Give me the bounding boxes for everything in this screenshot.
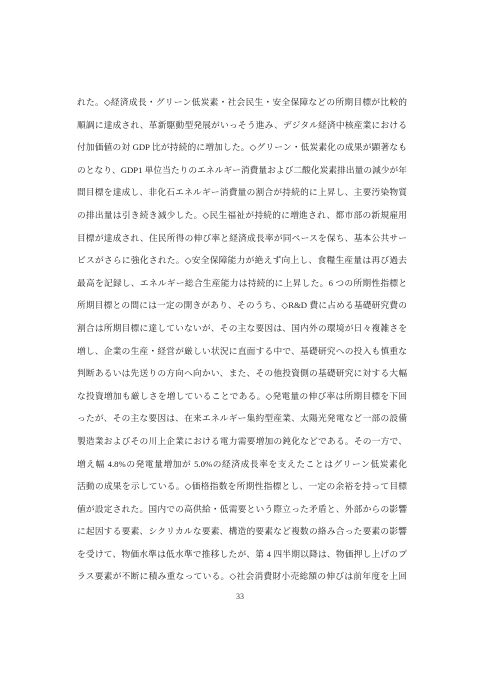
text-line: な投資増加も厳しさを増していることである。◇発電量の伸び率は所期目標を下回 [77,385,407,408]
text-line: に起因する要素、シクリカルな要素、構造的要素など複数の絡み合った要素の影響 [77,520,407,543]
page-number: 33 [0,592,480,601]
text-line: の排出量は引き続き減少した。◇民生福祉が持続的に増進され、都市部の新規雇用 [77,204,407,227]
text-line: 増し、企業の生産・経営が厳しい状況に直面する中で、基礎研究への投入も慎重な [77,340,407,363]
text-line: ラス要素が不断に積み重なっている。◇社会消費財小売総額の伸びは前年度を上回 [77,565,407,588]
text-line: 製造業およびその川上企業における電力需要増加の鈍化などである。その一方で、 [77,430,407,453]
text-line: 判断あるいは先送りの方向へ向かい、また、その他投資側の基礎研究に対する大幅 [77,362,407,385]
text-line: 目標が達成され、住民所得の伸び率と経済成長率が同ペースを保ち、基本公共サー [77,227,407,250]
body-text: れた。◇経済成長・グリーン低炭素・社会民生・安全保障などの所期目標が比較的順調に… [77,91,407,588]
text-line: 値が設定された。国内での高供給・低需要という際立った矛盾と、外部からの影響 [77,498,407,521]
text-line: れた。◇経済成長・グリーン低炭素・社会民生・安全保障などの所期目標が比較的 [77,91,407,114]
text-line: 順調に達成され、革新駆動型発展がいっそう進み、デジタル経済中核産業における [77,114,407,137]
text-line: を受けて、物価水準は低水準で推移したが、第 4 四半期以降は、物価押し上げのプ [77,543,407,566]
text-line: ったが、その主な要因は、在来エネルギー集約型産業、太陽光発電など一部の設備 [77,407,407,430]
text-line: 増え幅 4.8%の発電量増加が 5.0%の経済成長率を支えたことはグリーン低炭素… [77,453,407,476]
text-line: ビスがさらに強化された。◇安全保障能力が絶えず向上し、食糧生産量は再び過去 [77,249,407,272]
text-line: 付加価値の対 GDP 比が持続的に増加した。◇グリーン・低炭素化の成果が顕著なも [77,136,407,159]
text-line: 所期目標との間には一定の開きがあり、そのうち、◇R&D 費に占める基礎研究費の [77,294,407,317]
text-line: 割合は所期目標に達していないが、その主な要因は、国内外の環境が日々複雑さを [77,317,407,340]
text-line: 最高を記録し、エネルギー総合生産能力は持続的に上昇した。6 つの所期性指標と [77,272,407,295]
text-line: 活動の成果を示している。◇価格指数を所期性指標とし、一定の余裕を持って目標 [77,475,407,498]
document-page: れた。◇経済成長・グリーン低炭素・社会民生・安全保障などの所期目標が比較的順調に… [0,0,480,679]
text-line: 間目標を達成し、非化石エネルギー消費量の割合が持続的に上昇し、主要汚染物質 [77,181,407,204]
text-line: のとなり、GDP1 単位当たりのエネルギー消費量および二酸化炭素排出量の減少が年 [77,159,407,182]
